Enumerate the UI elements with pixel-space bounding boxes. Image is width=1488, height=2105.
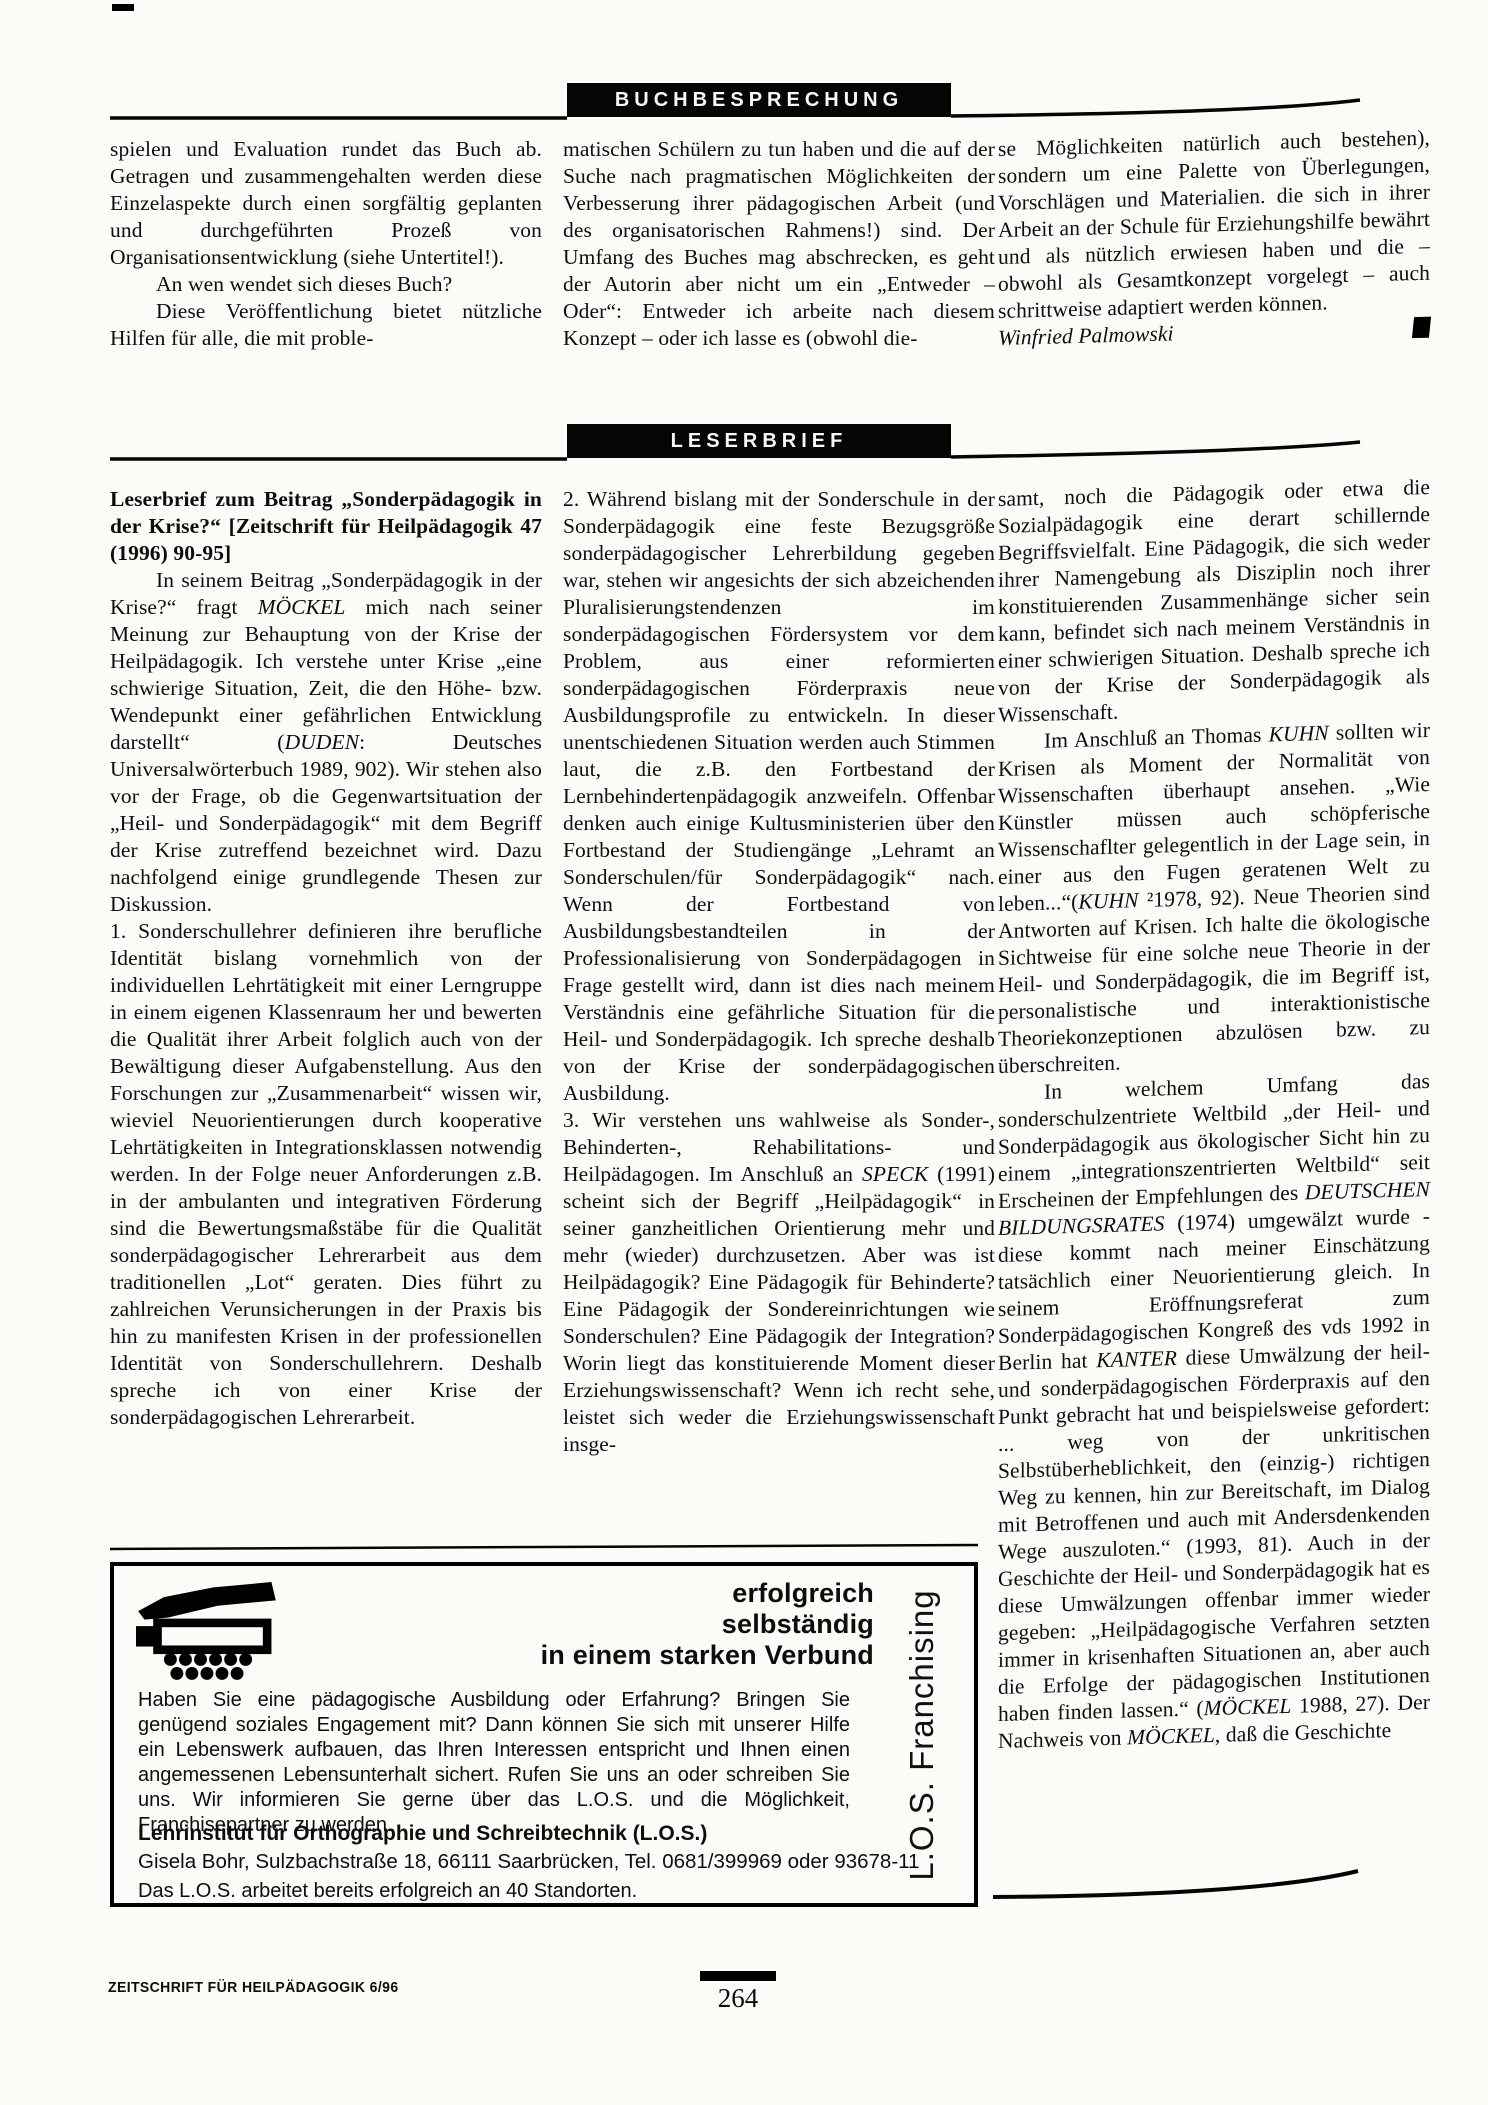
- review-column-1: spielen und Evaluation rundet das Buch a…: [110, 136, 542, 352]
- paragraph: Diese Veröffentlichung bietet nützliche …: [110, 298, 542, 352]
- paragraph: se Möglichkeiten natürlich auch bestehen…: [998, 125, 1430, 325]
- ad-institute-name: Lehrinstitut für Orthographie und Schrei…: [138, 1822, 707, 1846]
- paragraph: 3. Wir verstehen uns wahlweise als Sonde…: [563, 1107, 995, 1458]
- rule-bottom-right: [993, 1871, 1358, 1897]
- fountain-pen-logo-icon: [136, 1582, 308, 1681]
- paragraph: 2. Während bislang mit der Sonderschule …: [563, 486, 995, 1107]
- paragraph: In welchem Umfang das sonderschulzentrie…: [998, 1068, 1430, 1755]
- page-number: 264: [692, 1983, 784, 2014]
- ad-note: Das L.O.S. arbeitet bereits erfolgreich …: [138, 1880, 637, 1903]
- ad-body-text: Haben Sie eine pädagogische Ausbildung o…: [138, 1688, 850, 1838]
- review-author: Winfried Palmowski: [998, 320, 1174, 352]
- footer-journal-label: ZEITSCHRIFT FÜR HEILPÄDAGOGIK 6/96: [108, 1979, 399, 1996]
- ad-address: Gisela Bohr, Sulzbachstraße 18, 66111 Sa…: [138, 1850, 919, 1874]
- review-column-2: matischen Schülern zu tun haben und die …: [563, 136, 995, 352]
- headline-line: in einem starken Verbund: [541, 1640, 874, 1671]
- rule-leser-right: [951, 442, 1360, 457]
- ad-headline: erfolgreichselbständigin einem starken V…: [541, 1578, 874, 1671]
- page-number-bar: [700, 1971, 776, 1981]
- paragraph: spielen und Evaluation rundet das Buch a…: [110, 136, 542, 271]
- headline-line: selbständig: [541, 1609, 874, 1640]
- rule-above-ad: [110, 1545, 978, 1549]
- section-header-leserbrief: LESERBRIEF: [567, 424, 951, 458]
- letter-column-2: 2. Während bislang mit der Sonderschule …: [563, 486, 995, 1458]
- paragraph: samt, noch die Pädagogik oder etwa die S…: [998, 474, 1430, 729]
- scan-artifact-dash: [112, 4, 134, 11]
- paragraph: Leserbrief zum Beitrag „Sonderpädagogik …: [110, 486, 542, 567]
- letter-column-1: Leserbrief zum Beitrag „Sonderpädagogik …: [110, 486, 542, 1431]
- review-column-3: se Möglichkeiten natürlich auch bestehen…: [998, 125, 1430, 352]
- scanned-journal-page: BUCHBESPRECHUNG LESERBRIEF spielen und E…: [0, 0, 1488, 2105]
- paragraph: matischen Schülern zu tun haben und die …: [563, 136, 995, 352]
- section-header-buchbesprechung: BUCHBESPRECHUNG: [567, 83, 951, 117]
- letter-column-3: samt, noch die Pädagogik oder etwa die S…: [998, 474, 1430, 1755]
- rule-buch-right: [951, 100, 1360, 116]
- paragraph: Im Anschluß an Thomas KUHN sollten wir K…: [998, 717, 1430, 1080]
- paragraph: An wen wendet sich dieses Buch?: [110, 271, 542, 298]
- paragraph: 1. Sonderschullehrer definieren ihre ber…: [110, 918, 542, 1431]
- review-column-3-text: se Möglichkeiten natürlich auch bestehen…: [998, 125, 1430, 325]
- headline-line: erfolgreich: [541, 1578, 874, 1609]
- paragraph: In seinem Beitrag „Sonderpädagogik in de…: [110, 567, 542, 918]
- advertisement-box: erfolgreichselbständigin einem starken V…: [110, 1562, 978, 1907]
- end-of-article-marker: [1412, 317, 1431, 339]
